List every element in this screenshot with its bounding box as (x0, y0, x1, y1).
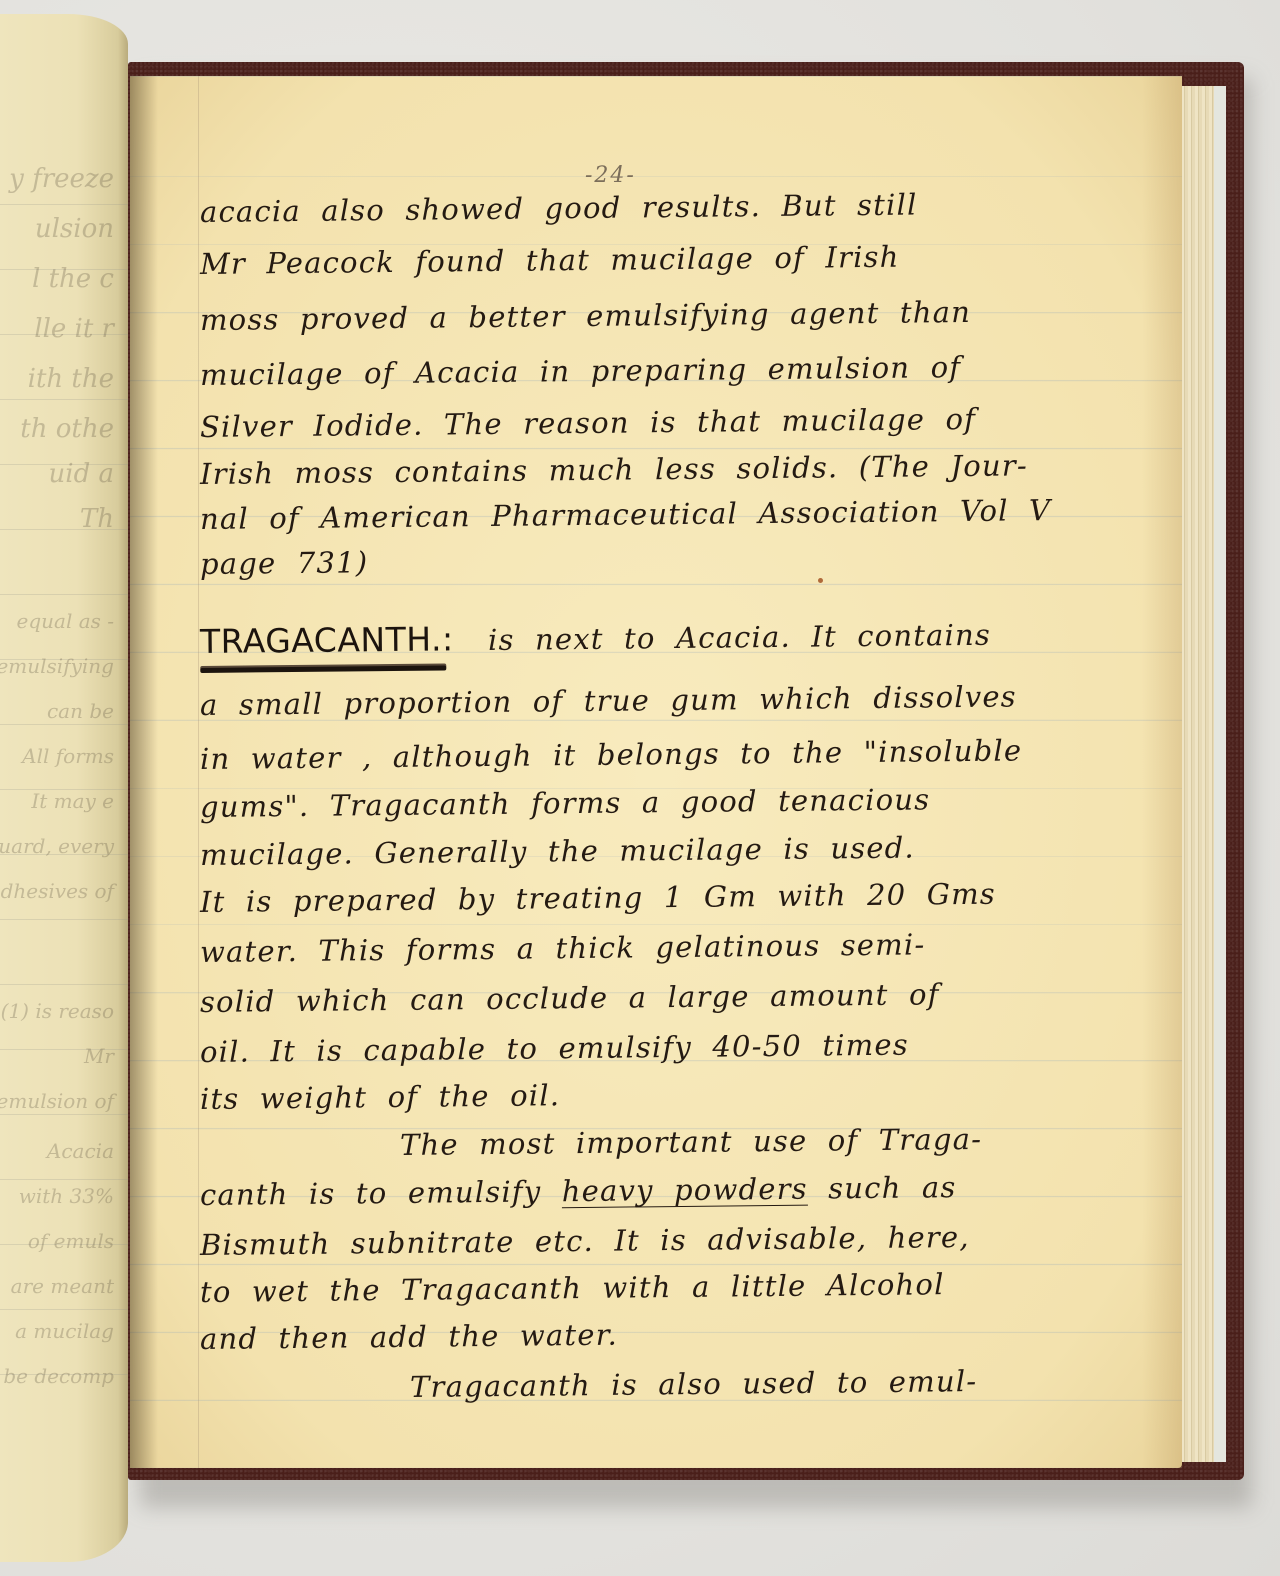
ghost-text: are meant (11, 1274, 114, 1298)
ghost-text: of emuls (28, 1229, 114, 1253)
left-rule (0, 204, 128, 205)
ghost-text: equal as - (17, 609, 115, 633)
ghost-text: y freeze (9, 164, 114, 194)
left-rule (0, 1309, 128, 1310)
ghost-text: Mr (84, 1044, 114, 1068)
text-span: such as (808, 1170, 957, 1206)
ghost-text: It may e (31, 789, 114, 813)
edge-stain (1142, 76, 1182, 1468)
text-span: canth is to emulsify (200, 1174, 562, 1212)
ink-spot (818, 578, 823, 583)
left-page-curled: y freeze ulsion l the c lle it r ith the… (0, 14, 128, 1562)
ghost-text: Th (80, 504, 114, 534)
page-number: -24- (585, 163, 636, 188)
ghost-text: uid a (49, 459, 114, 489)
left-rule (0, 1179, 128, 1180)
ghost-text: ulsion (35, 214, 114, 244)
ghost-text: emulsion of (0, 1089, 114, 1113)
ghost-text: th othe (20, 414, 114, 444)
ghost-text: All forms (22, 744, 114, 768)
ghost-text: (1) is reaso (1, 999, 114, 1023)
ghost-text: ith the (28, 364, 114, 394)
scan-background: y freeze ulsion l the c lle it r ith the… (0, 0, 1280, 1576)
ghost-text: Acacia (47, 1139, 114, 1163)
ghost-text: lle it r (34, 314, 114, 344)
left-rule (0, 724, 128, 725)
text-span: is next to Acacia. It contains (488, 618, 991, 657)
ghost-text: Adhesives of (0, 879, 114, 903)
left-rule (0, 919, 128, 920)
ghost-text: a mucilag (15, 1319, 114, 1343)
underlined-text: heavy powders (562, 1172, 808, 1209)
ghost-text: l the c (32, 264, 114, 294)
ghost-text: emulsifying (0, 654, 114, 678)
left-rule (0, 984, 128, 985)
left-rule (0, 399, 128, 400)
ghost-text: guard, every (0, 834, 114, 858)
ghost-text: be decomp (3, 1364, 114, 1388)
section-heading: TRAGACANTH.: (200, 619, 454, 661)
margin-line (198, 76, 199, 1468)
left-rule (0, 594, 128, 595)
ghost-text: with 33% (19, 1184, 114, 1208)
gutter-shadow (130, 76, 158, 1468)
ghost-text: can be (47, 699, 114, 723)
left-rule (0, 1114, 128, 1115)
